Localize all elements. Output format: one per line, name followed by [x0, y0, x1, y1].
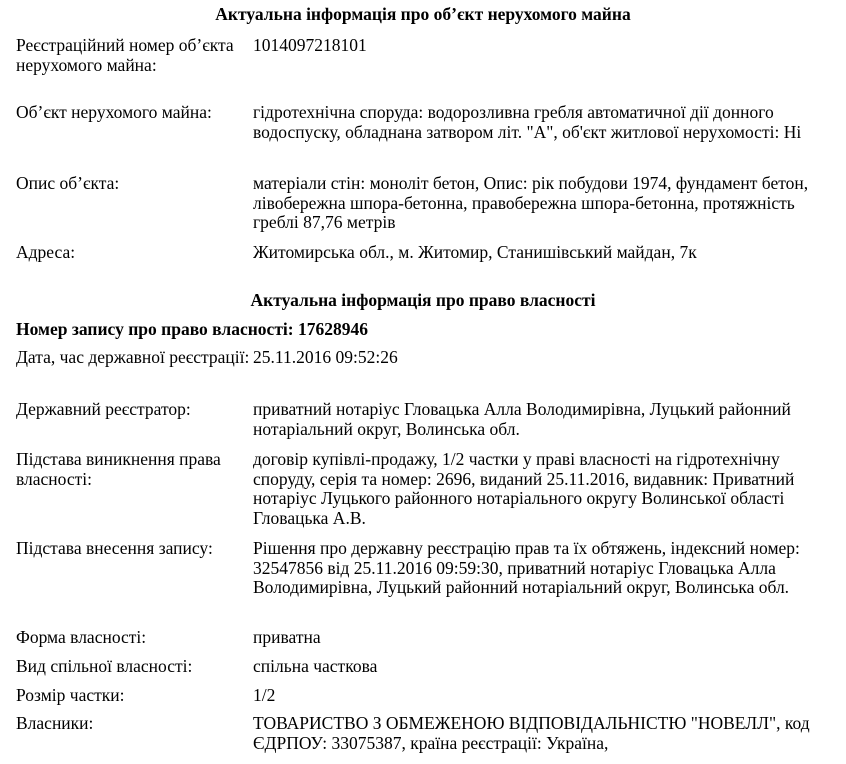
field-owners: Власники: ТОВАРИСТВО З ОБМЕЖЕНОЮ ВІДПОВІ…	[0, 714, 846, 753]
field-value: матеріали стін: моноліт бетон, Опис: рік…	[253, 174, 833, 233]
field-entry-basis: Підстава внесення запису: Рішення про де…	[0, 539, 846, 598]
field-label: Вид спільної власності:	[0, 657, 253, 677]
field-registration-number: Реєстраційний номер об’єкта нерухомого м…	[0, 36, 846, 75]
field-value: спільна часткова	[253, 657, 833, 677]
field-label: Форма власності:	[0, 628, 253, 648]
field-address: Адреса: Житомирська обл., м. Житомир, Ст…	[0, 243, 846, 263]
field-value: приватний нотаріус Гловацька Алла Володи…	[253, 400, 833, 439]
field-value: 1/2	[253, 686, 833, 706]
object-section-title-wrap: Актуальна інформація про об’єкт нерухомо…	[0, 4, 846, 24]
field-state-registrar: Державний реєстратор: приватний нотаріус…	[0, 400, 846, 439]
field-label: Підстава виникнення права власності:	[0, 450, 253, 489]
field-label: Реєстраційний номер об’єкта нерухомого м…	[0, 36, 253, 75]
field-joint-ownership-type: Вид спільної власності: спільна часткова	[0, 657, 846, 677]
field-ownership-basis: Підстава виникнення права власності: дог…	[0, 450, 846, 528]
field-label: Дата, час державної реєстрації:	[0, 348, 253, 368]
field-value: 25.11.2016 09:52:26	[253, 348, 833, 368]
field-value: приватна	[253, 628, 833, 648]
object-section-title: Актуальна інформація про об’єкт нерухомо…	[0, 4, 846, 24]
field-label: Підстава внесення запису:	[0, 539, 253, 559]
field-registration-datetime: Дата, час державної реєстрації: 25.11.20…	[0, 348, 846, 368]
field-real-estate-object: Об’єкт нерухомого майна: гідротехнічна с…	[0, 103, 846, 142]
field-value: договір купівлі-продажу, 1/2 частки у пр…	[253, 450, 833, 528]
field-value: 1014097218101	[253, 36, 833, 56]
field-label: Власники:	[0, 714, 253, 734]
field-label: Державний реєстратор:	[0, 400, 253, 420]
field-label: Адреса:	[0, 243, 253, 263]
field-label: Опис об’єкта:	[0, 174, 253, 194]
field-object-description: Опис об’єкта: матеріали стін: моноліт бе…	[0, 174, 846, 233]
field-label: Розмір частки:	[0, 686, 253, 706]
ownership-record-number: Номер запису про право власності: 176289…	[0, 319, 846, 339]
ownership-record-title-wrap: Номер запису про право власності: 176289…	[0, 319, 846, 339]
field-ownership-form: Форма власності: приватна	[0, 628, 846, 648]
field-share-size: Розмір частки: 1/2	[0, 686, 846, 706]
field-label: Об’єкт нерухомого майна:	[0, 103, 253, 123]
field-value: Рішення про державну реєстрацію прав та …	[253, 539, 833, 598]
field-value: Житомирська обл., м. Житомир, Станишівсь…	[253, 243, 833, 263]
field-value: ТОВАРИСТВО З ОБМЕЖЕНОЮ ВІДПОВІДАЛЬНІСТЮ …	[253, 714, 833, 753]
ownership-section-title: Актуальна інформація про право власності	[0, 290, 846, 310]
field-value: гідротехнічна споруда: водорозливна греб…	[253, 103, 833, 142]
ownership-section-title-wrap: Актуальна інформація про право власності	[0, 290, 846, 310]
